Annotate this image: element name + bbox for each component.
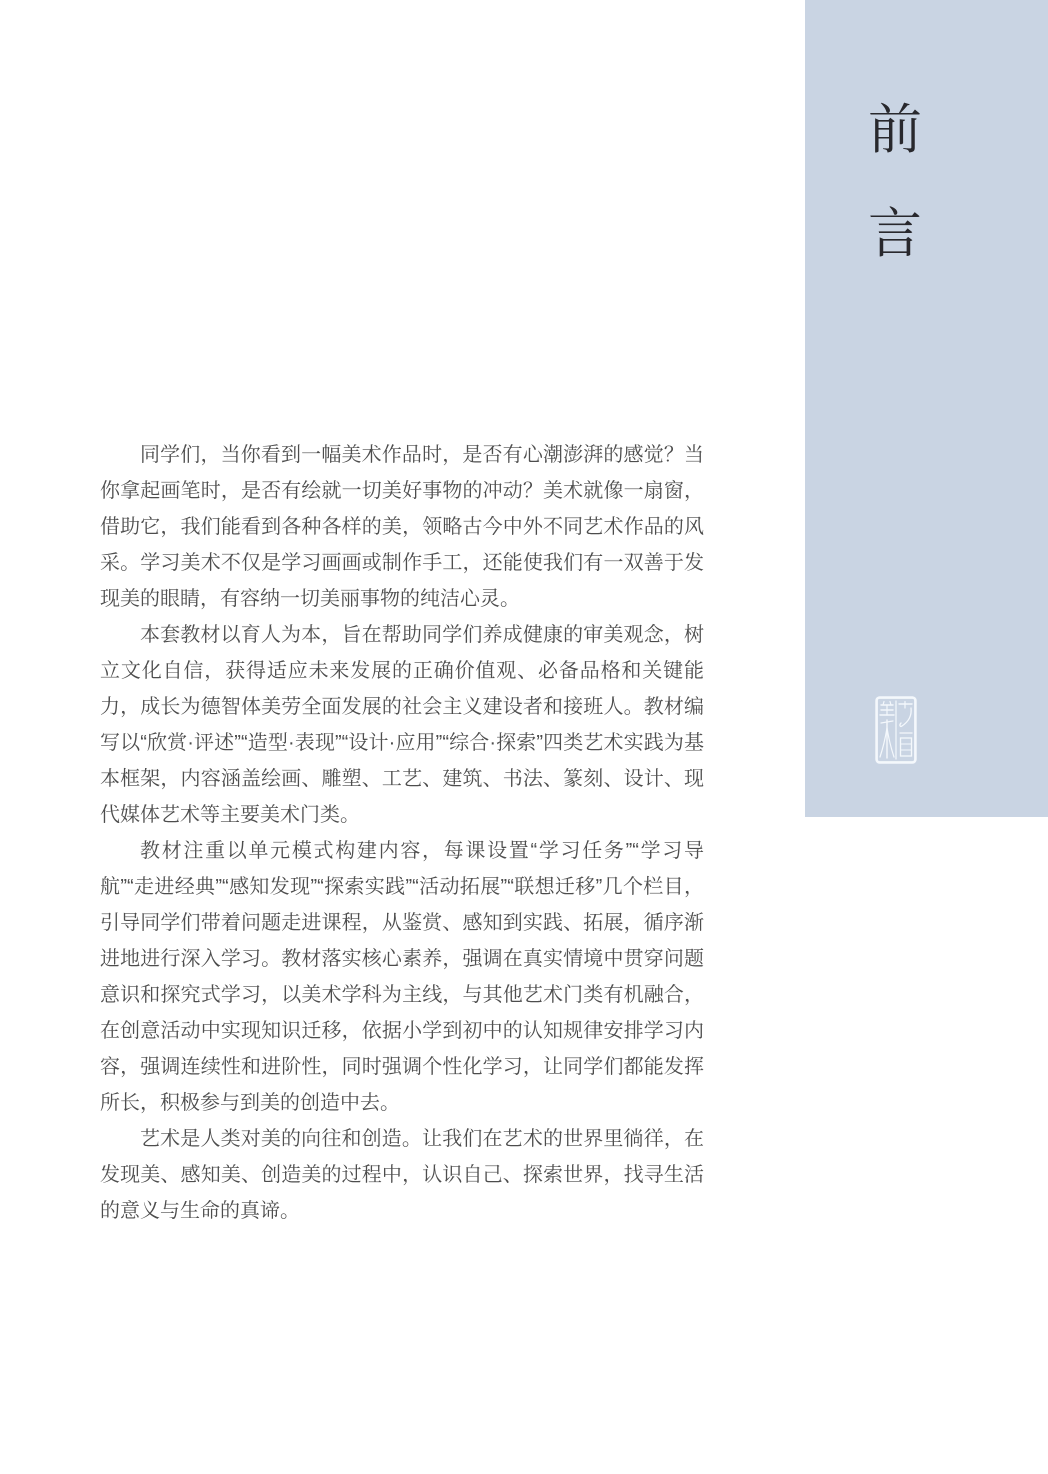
preface-paragraph-4: 艺术是人类对美的向往和创造。让我们在艺术的世界里徜徉，在发现美、感知美、创造美的…: [100, 1121, 704, 1229]
preface-paragraph-2: 本套教材以育人为本，旨在帮助同学们养成健康的审美观念，树立文化自信，获得适应未来…: [100, 617, 704, 833]
preface-sidebar-band: [805, 0, 1048, 817]
preface-title-char-qian: 前: [864, 103, 926, 157]
preface-paragraph-1: 同学们，当你看到一幅美术作品时，是否有心潮澎湃的感觉？当你拿起画笔时，是否有绘就…: [100, 437, 704, 617]
preface-body: 同学们，当你看到一幅美术作品时，是否有心潮澎湃的感觉？当你拿起画笔时，是否有绘就…: [100, 437, 704, 1229]
preface-title: 前 言: [864, 103, 926, 311]
preface-paragraph-3: 教材注重以单元模式构建内容，每课设置“学习任务”“学习导航”“走进经典”“感知发…: [100, 833, 704, 1121]
preface-title-char-yan: 言: [864, 207, 926, 261]
preface-page: 前 言 同学们，当你看到一幅美术作品时，是否有心潮澎湃的感觉？当你拿起画笔时，是…: [0, 0, 1048, 1474]
seal-stamp-icon: [875, 696, 917, 764]
